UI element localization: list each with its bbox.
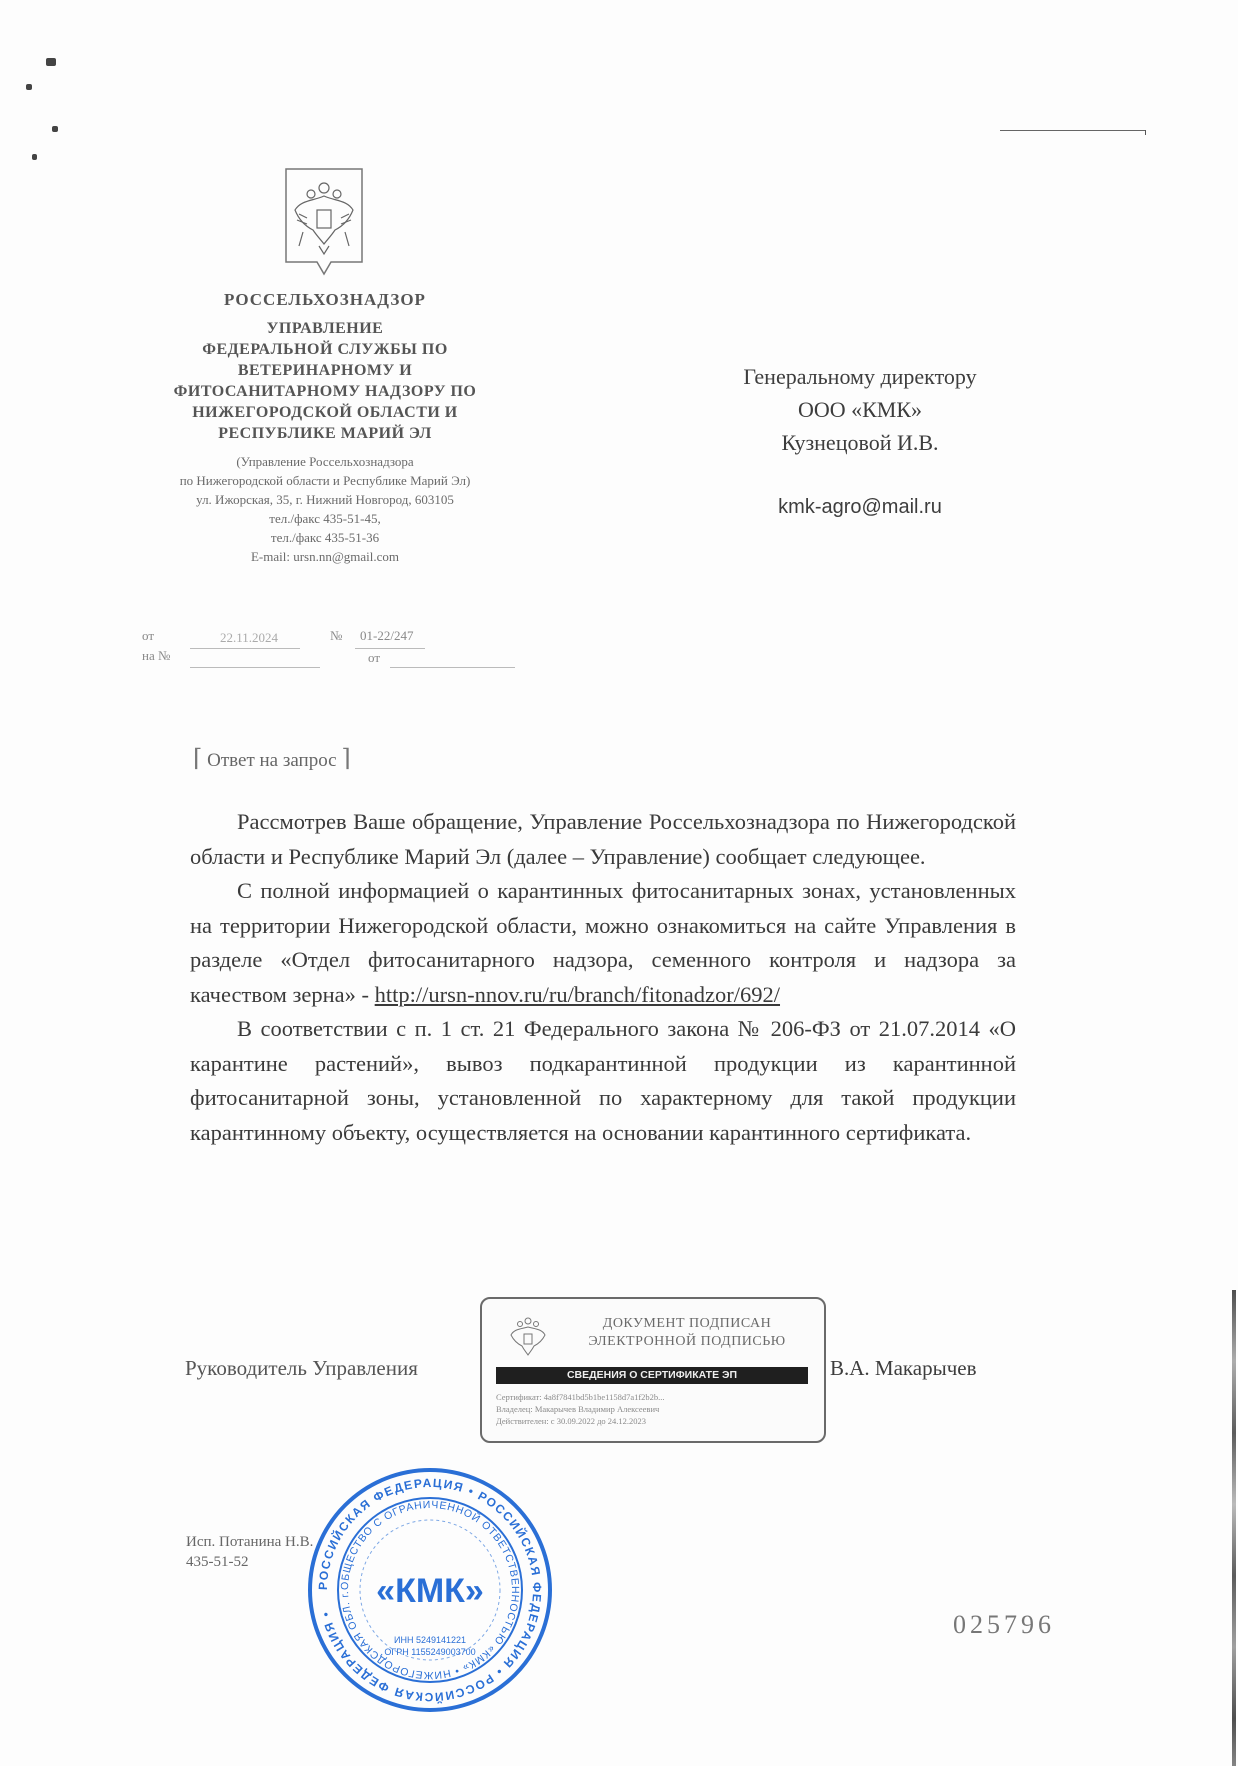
stamp-inn: ИНН 5249141221 xyxy=(394,1635,466,1645)
org-full-line: УПРАВЛЕНИЕ xyxy=(130,318,520,339)
number-underline xyxy=(355,648,425,649)
ref-from-label: от xyxy=(368,650,380,666)
org-contact-line: (Управление Россельхознадзора xyxy=(130,452,520,471)
esig-title-line: ЭЛЕКТРОННОЙ ПОДПИСЬЮ xyxy=(562,1333,812,1351)
org-full-line: НИЖЕГОРОДСКОЙ ОБЛАСТИ И xyxy=(130,402,520,423)
fitonadzor-link[interactable]: http://ursn-nnov.ru/ru/branch/fitonadzor… xyxy=(375,982,780,1007)
body-paragraph-3: В соответствии с п. 1 ст. 21 Федеральног… xyxy=(190,1012,1016,1150)
executor-phone: 435-51-52 xyxy=(186,1552,313,1572)
scan-speck xyxy=(46,58,56,66)
executor-name: Исп. Потанина Н.В. xyxy=(186,1532,313,1552)
date-value: 22.11.2024 xyxy=(220,630,278,646)
scan-speck xyxy=(26,84,32,90)
body-paragraph-1: Рассмотрев Ваше обращение, Управление Ро… xyxy=(190,805,1016,874)
addressee-block: Генеральному директору ООО «КМК» Кузнецо… xyxy=(700,360,1020,524)
org-contacts: (Управление Россельхознадзора по Нижегор… xyxy=(130,452,520,566)
org-contact-line: по Нижегородской области и Республике Ма… xyxy=(130,471,520,490)
esig-validity: Действителен: с 30.09.2022 до 24.12.2023 xyxy=(496,1415,811,1427)
org-address: ул. Ижорская, 35, г. Нижний Новгород, 60… xyxy=(130,490,520,509)
stamp-ogrn: ОГРН 1155249003700 xyxy=(384,1647,475,1657)
org-full-line: ФИТОСАНИТАРНОМУ НАДЗОРУ ПО xyxy=(130,381,520,402)
signer-role: Руководитель Управления xyxy=(185,1356,418,1381)
org-full-line: РЕСПУБЛИКЕ МАРИЙ ЭЛ xyxy=(130,423,520,444)
org-phone: тел./факс 435-51-45, xyxy=(130,509,520,528)
esig-cert-header: СВЕДЕНИЯ О СЕРТИФИКАТЕ ЭП xyxy=(496,1367,808,1384)
russian-coat-of-arms-icon xyxy=(283,166,365,278)
org-email: E-mail: ursn.nn@gmail.com xyxy=(130,547,520,566)
electronic-signature-block: ДОКУМЕНТ ПОДПИСАН ЭЛЕКТРОННОЙ ПОДПИСЬЮ С… xyxy=(480,1297,826,1443)
subject-line: ⌈ Ответ на запрос ⌉ xyxy=(193,744,351,773)
addressee-position: Генеральному директору xyxy=(700,360,1020,393)
ref-label: на № xyxy=(142,648,170,664)
ref-from-underline xyxy=(390,667,515,668)
esig-emblem-icon xyxy=(506,1313,550,1361)
esig-title-line: ДОКУМЕНТ ПОДПИСАН xyxy=(562,1315,812,1333)
org-short-name: РОССЕЛЬХОЗНАДЗОР xyxy=(130,290,520,310)
subject-text: Ответ на запрос xyxy=(207,750,336,771)
esig-cert-id: Сертификат: 4a8f7841bd5b1be1158d7a1f2b2b… xyxy=(496,1391,811,1403)
org-full-name: УПРАВЛЕНИЕ ФЕДЕРАЛЬНОЙ СЛУЖБЫ ПО ВЕТЕРИН… xyxy=(130,318,520,444)
subject-bracket-close: ⌉ xyxy=(341,746,350,772)
executor-info: Исп. Потанина Н.В. 435-51-52 xyxy=(186,1532,313,1572)
esig-title: ДОКУМЕНТ ПОДПИСАН ЭЛЕКТРОННОЙ ПОДПИСЬЮ xyxy=(562,1315,812,1351)
ref-underline xyxy=(190,667,320,668)
stamp-center-text: «КМК» xyxy=(376,1572,484,1610)
addressee-name: Кузнецовой И.В. xyxy=(700,426,1020,459)
date-label: от xyxy=(142,628,154,644)
scan-rule-tick xyxy=(1145,130,1146,135)
scan-edge-shadow xyxy=(1232,1290,1236,1766)
signer-name: В.А. Макарычев xyxy=(830,1356,977,1381)
addressee-email[interactable]: kmk-agro@mail.ru xyxy=(700,491,1020,524)
org-phone: тел./факс 435-51-36 xyxy=(130,528,520,547)
addressee-company: ООО «КМК» xyxy=(700,393,1020,426)
esig-owner: Владелец: Макарычев Владимир Алексеевич xyxy=(496,1403,811,1415)
esig-cert-details: Сертификат: 4a8f7841bd5b1be1158d7a1f2b2b… xyxy=(496,1391,811,1427)
number-label: № xyxy=(330,628,342,644)
letter-body: Рассмотрев Ваше обращение, Управление Ро… xyxy=(190,805,1016,1150)
scan-speck xyxy=(32,154,37,160)
scan-rule xyxy=(1000,130,1146,131)
org-full-line: ВЕТЕРИНАРНОМУ И xyxy=(130,360,520,381)
scan-speck xyxy=(52,126,58,132)
number-value: 01-22/247 xyxy=(360,628,413,644)
subject-bracket-open: ⌈ xyxy=(193,746,202,772)
sender-org-block: РОССЕЛЬХОЗНАДЗОР УПРАВЛЕНИЕ ФЕДЕРАЛЬНОЙ … xyxy=(130,290,520,566)
body-paragraph-2: С полной информацией о карантинных фитос… xyxy=(190,874,1016,1012)
date-underline xyxy=(190,648,300,649)
org-full-line: ФЕДЕРАЛЬНОЙ СЛУЖБЫ ПО xyxy=(130,339,520,360)
company-stamp: РОССИЙСКАЯ ФЕДЕРАЦИЯ • РОССИЙСКАЯ ФЕДЕРА… xyxy=(305,1465,555,1715)
document-serial-number: 025796 xyxy=(953,1610,1055,1640)
